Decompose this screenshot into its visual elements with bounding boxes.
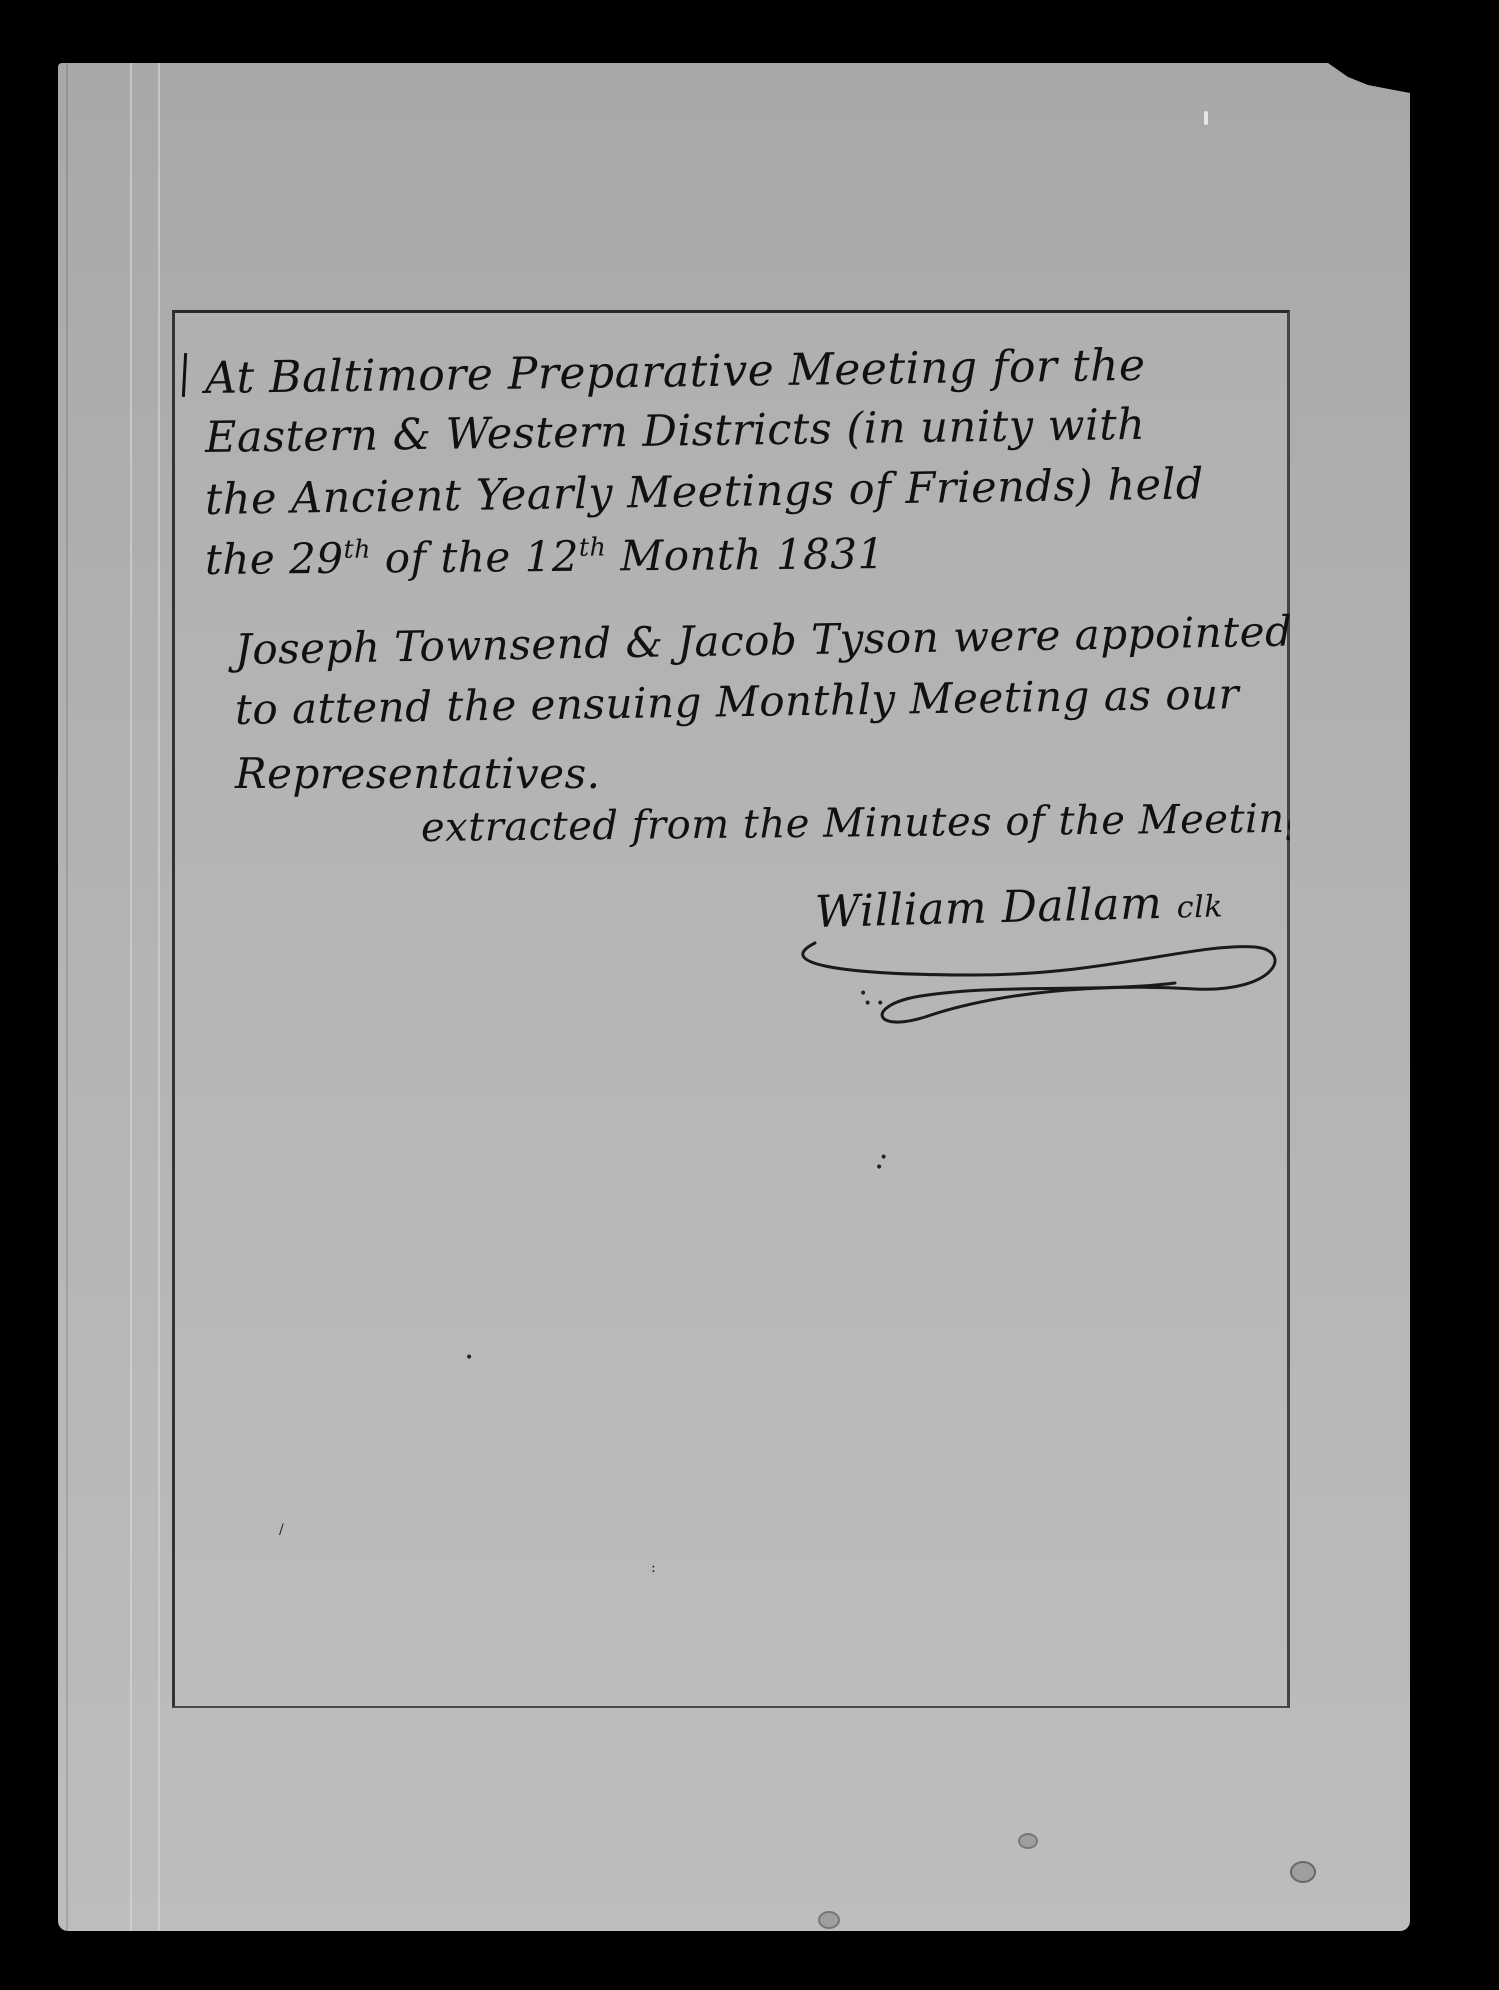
minute-text: At Baltimore Preparative Meeting for the… (175, 313, 1287, 1706)
body-line: Representatives. (235, 749, 600, 798)
attestation-line: extracted from the Minutes of the Meetin… (421, 796, 1311, 851)
stain-mark (1290, 1861, 1316, 1883)
paper-speck (1204, 111, 1208, 125)
date-line: the 29th of the 12th Month 1831 (205, 529, 885, 584)
body-line: Joseph Townsend & Jacob Tyson were appoi… (235, 607, 1293, 674)
ink-spots: • • • (859, 989, 884, 1009)
stain-mark (818, 1911, 840, 1929)
stain-mark (1018, 1833, 1038, 1849)
heading-line: Eastern & Western Districts (in unity wi… (205, 400, 1146, 463)
signature-flourish (775, 923, 1295, 1043)
page-edge-shadow (66, 63, 68, 1931)
signature-title: clk (1176, 889, 1223, 925)
body-line: to attend the ensuing Monthly Meeting as… (235, 669, 1240, 734)
ink-spot: : (651, 1563, 656, 1573)
date-middle: of the 12 (371, 532, 580, 583)
page-fold-line (158, 63, 160, 1931)
heading-line: the Ancient Yearly Meetings of Friends) … (205, 459, 1205, 525)
date-day-suffix: th (343, 535, 371, 564)
ink-spot: • (465, 1353, 473, 1363)
date-month-suffix: th (579, 532, 607, 561)
minute-slip: At Baltimore Preparative Meeting for the… (172, 310, 1290, 1708)
date-suffix: Month 1831 (606, 529, 885, 580)
ink-spots: •• (875, 1153, 888, 1173)
heading-line: At Baltimore Preparative Meeting for the (205, 340, 1146, 404)
date-prefix: the 29 (205, 534, 344, 584)
ink-spot: / (279, 1525, 284, 1535)
margin-mark (182, 353, 187, 397)
page-fold-line (130, 63, 132, 1931)
